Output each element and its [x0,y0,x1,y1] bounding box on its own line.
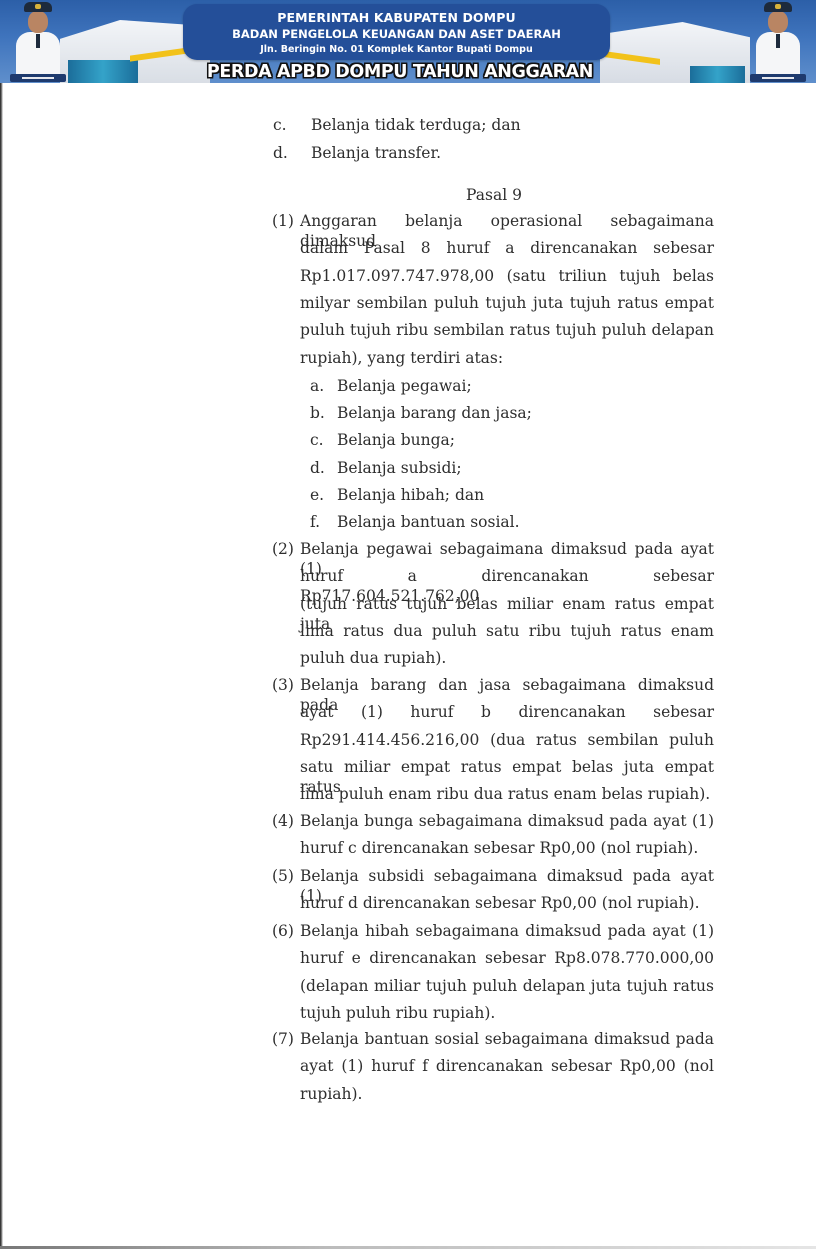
paragraph-line: huruf e direncanakan sebesar Rp8.078.770… [300,948,714,968]
paragraph-line: puluh dua rupiah). [300,648,446,668]
sub-item-text: Belanja barang dan jasa; [337,403,532,423]
building-glass-right [690,66,745,83]
paragraph-line: huruf c direncanakan sebesar Rp0,00 (nol… [300,838,698,858]
paragraph-line: lima ratus dua puluh satu ribu tujuh rat… [300,621,714,641]
sub-item-label: a. [310,376,324,396]
header-banner: PEMERINTAH KABUPATEN DOMPU BADAN PENGELO… [0,0,816,83]
sub-item-text: Belanja bantuan sosial. [337,512,520,532]
sub-item-text: Belanja hibah; dan [337,485,484,505]
official-portrait-left [10,2,66,83]
sub-item-text: Belanja pegawai; [337,376,472,396]
paragraph-number: (7) [272,1029,294,1049]
paragraph-line: Belanja bunga sebagaimana dimaksud pada … [300,811,714,831]
paragraph-line: rupiah), yang terdiri atas: [300,348,503,368]
paragraph-line: ayat (1) huruf b direncanakan sebesar [300,702,714,722]
paragraph-line: Belanja hibah sebagaimana dimaksud pada … [300,921,714,941]
agency-name: BADAN PENGELOLA KEUANGAN DAN ASET DAERAH [183,27,610,41]
paragraph-line: (delapan miliar tujuh puluh delapan juta… [300,976,714,996]
sub-item-text: Belanja bunga; [337,430,455,450]
paragraph-line: ayat (1) huruf f direncanakan sebesar Rp… [300,1056,714,1076]
paragraph-line: lima puluh enam ribu dua ratus enam bela… [300,784,710,804]
paragraph-number: (2) [272,539,294,559]
sub-item-label: c. [310,430,324,450]
paragraph-number: (1) [272,211,294,231]
paragraph-line: milyar sembilan puluh tujuh juta tujuh r… [300,293,714,313]
sub-item-label: f. [310,512,320,532]
list-item-text: Belanja tidak terduga; dan [311,115,521,135]
sub-item-label: e. [310,485,324,505]
paragraph-line: rupiah). [300,1084,362,1104]
sub-item-label: d. [310,458,325,478]
paragraph-line: tujuh puluh ribu rupiah). [300,1003,495,1023]
list-item-text: Belanja transfer. [311,143,441,163]
article-title: Pasal 9 [86,185,816,205]
paragraph-line: dalam Pasal 8 huruf a direncanakan sebes… [300,238,714,258]
list-item-label: d. [273,143,288,163]
paragraph-line: Rp1.017.097.747.978,00 (satu triliun tuj… [300,266,714,286]
list-item-label: c. [273,115,287,135]
paragraph-number: (6) [272,921,294,941]
official-portrait-right [750,2,806,83]
building-glass-left [68,60,138,83]
banner-title: PERDA APBD DOMPU TAHUN ANGGARAN 2026 [190,60,610,83]
agency-title-panel: PEMERINTAH KABUPATEN DOMPU BADAN PENGELO… [183,4,610,60]
agency-address: Jln. Beringin No. 01 Komplek Kantor Bupa… [183,44,610,55]
paragraph-line: puluh tujuh ribu sembilan ratus tujuh pu… [300,320,714,340]
page-edge-shadow [0,83,3,1249]
government-name: PEMERINTAH KABUPATEN DOMPU [183,10,610,25]
paragraph-line: Belanja bantuan sosial sebagaimana dimak… [300,1029,714,1049]
sub-item-text: Belanja subsidi; [337,458,462,478]
paragraph-line: Rp291.414.456.216,00 (dua ratus sembilan… [300,730,714,750]
sub-item-label: b. [310,403,325,423]
paragraph-number: (4) [272,811,294,831]
paragraph-line: huruf d direncanakan sebesar Rp0,00 (nol… [300,893,700,913]
paragraph-number: (3) [272,675,294,695]
paragraph-number: (5) [272,866,294,886]
